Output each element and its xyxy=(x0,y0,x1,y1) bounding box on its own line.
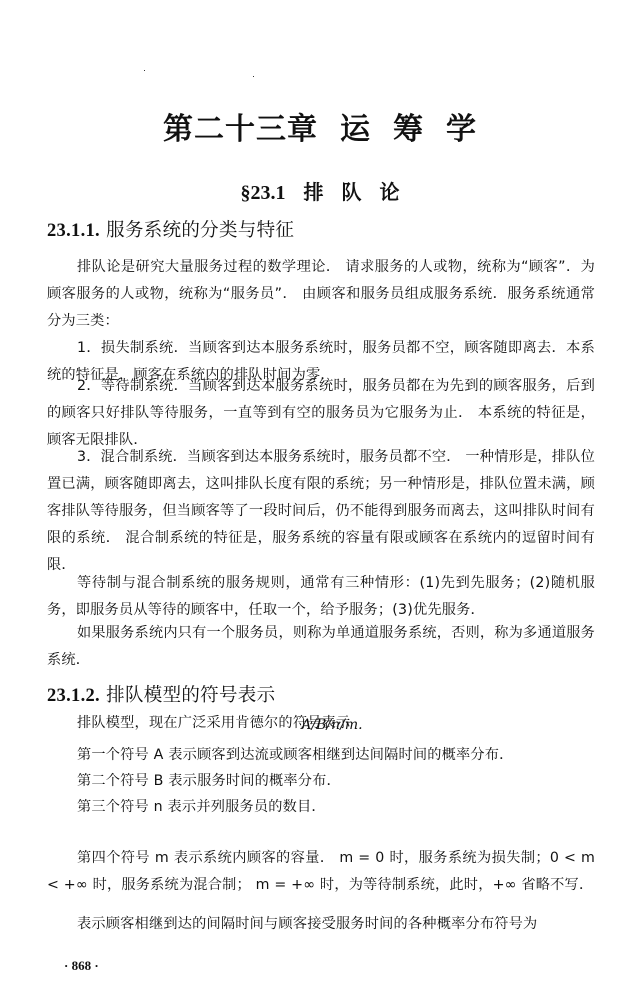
chapter-title-word: 运 xyxy=(340,112,371,147)
paragraph: 排队论是研究大量服务过程的数学理论． 请求服务的人或物，统称为“顾客”．为顾客服… xyxy=(47,254,595,335)
scan-speck xyxy=(253,76,254,77)
section-title: §23.1排队论 xyxy=(0,176,640,205)
subsection-heading: 23.1.1. 服务系统的分类与特征 xyxy=(47,216,294,242)
scan-speck xyxy=(144,70,145,71)
chapter-title-word: 筹 xyxy=(393,112,424,147)
paragraph: 第二个符号 B 表示服务时间的概率分布． xyxy=(47,768,595,795)
subsection-number: 23.1.1. xyxy=(47,221,100,241)
section-title-word: 论 xyxy=(380,180,400,204)
subsection-title: 排队模型的符号表示 xyxy=(106,685,275,706)
section-number: §23.1 xyxy=(241,182,286,204)
kendall-notation-formula: A/B/n/m. xyxy=(0,717,640,733)
section-title-word: 队 xyxy=(342,180,362,204)
paragraph: 第三个符号 n 表示并列服务员的数目． xyxy=(47,794,595,821)
paragraph: 3．混合制系统．当顾客到达本服务系统时，服务员都不空． 一种情形是，排队位置已满… xyxy=(47,444,595,579)
section-title-word: 排 xyxy=(304,180,324,204)
subsection-number: 23.1.2. xyxy=(47,686,100,706)
paragraph: 等待制与混合制系统的服务规则，通常有三种情形：(1)先到先服务；(2)随机服务，… xyxy=(47,570,595,624)
paragraph: 如果服务系统内只有一个服务员，则称为单通道服务系统，否则，称为多通道服务系统． xyxy=(47,620,595,674)
chapter-title-word: 学 xyxy=(446,112,477,147)
page-number: · 868 · xyxy=(64,958,99,974)
subsection-title: 服务系统的分类与特征 xyxy=(106,220,294,241)
paragraph: 第四个符号 m 表示系统内顾客的容量． m = 0 时，服务系统为损失制；0 <… xyxy=(47,845,595,899)
chapter-title: 第二十三章运筹学 xyxy=(0,104,640,148)
paragraph: 第一个符号 A 表示顾客到达流或顾客相继到达间隔时间的概率分布． xyxy=(47,742,595,769)
document-page: 第二十三章运筹学 §23.1排队论 23.1.1. 服务系统的分类与特征 排队论… xyxy=(0,0,640,988)
paragraph: 2．等待制系统．当顾客到达本服务系统时，服务员都在为先到的顾客服务，后到的顾客只… xyxy=(47,373,595,454)
chapter-title-number: 第二十三章 xyxy=(163,112,318,147)
subsection-heading: 23.1.2. 排队模型的符号表示 xyxy=(47,681,275,707)
paragraph: 表示顾客相继到达的间隔时间与顾客接受服务时间的各种概率分布符号为 xyxy=(47,911,595,938)
